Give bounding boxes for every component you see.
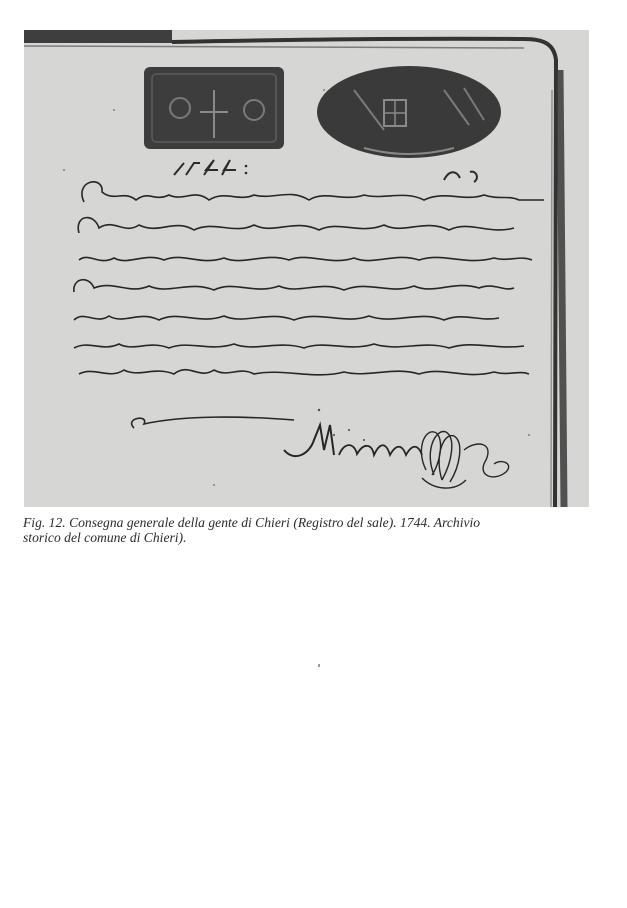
figure-caption: Fig. 12. Consegna generale della gente d… [23, 515, 523, 545]
manuscript-line: Chieri e suo Territorio, comprese le Bes… [74, 214, 580, 238]
page-speck [318, 664, 320, 667]
seal-right [317, 66, 501, 158]
manuscript-line: Consegna Generale degl'abitanti nella pr… [74, 182, 589, 206]
manuscript-line: med.ma sottosto. Chieri li 31 X.bre 1744… [74, 356, 589, 380]
manuscript-signature: Montani Seg.rio [279, 430, 443, 454]
manuscript-line: Carlo Gio. B.a Vachery Rett. e Sind. di … [74, 272, 589, 296]
manuscript-line: anziano della pred.a Città di compagnia … [74, 330, 589, 354]
manuscript-mark: ro [444, 160, 466, 184]
manuscript-line: Sig. Cavagliere Giorgio Alessandro Robbi… [74, 302, 589, 326]
caption-line-1: Fig. 12. Consegna generale della gente d… [23, 515, 523, 530]
seal-left [144, 67, 284, 149]
manuscript-year: 1744: [172, 156, 230, 180]
caption-line-2: storico del comune di Chieri). [23, 530, 523, 545]
manuscript-line: e Lanute, a cui si è proceduto dall'Ill.… [74, 242, 589, 266]
manuscript-photograph: 1744: ro Consegna Generale degl'abitanti… [24, 30, 589, 507]
